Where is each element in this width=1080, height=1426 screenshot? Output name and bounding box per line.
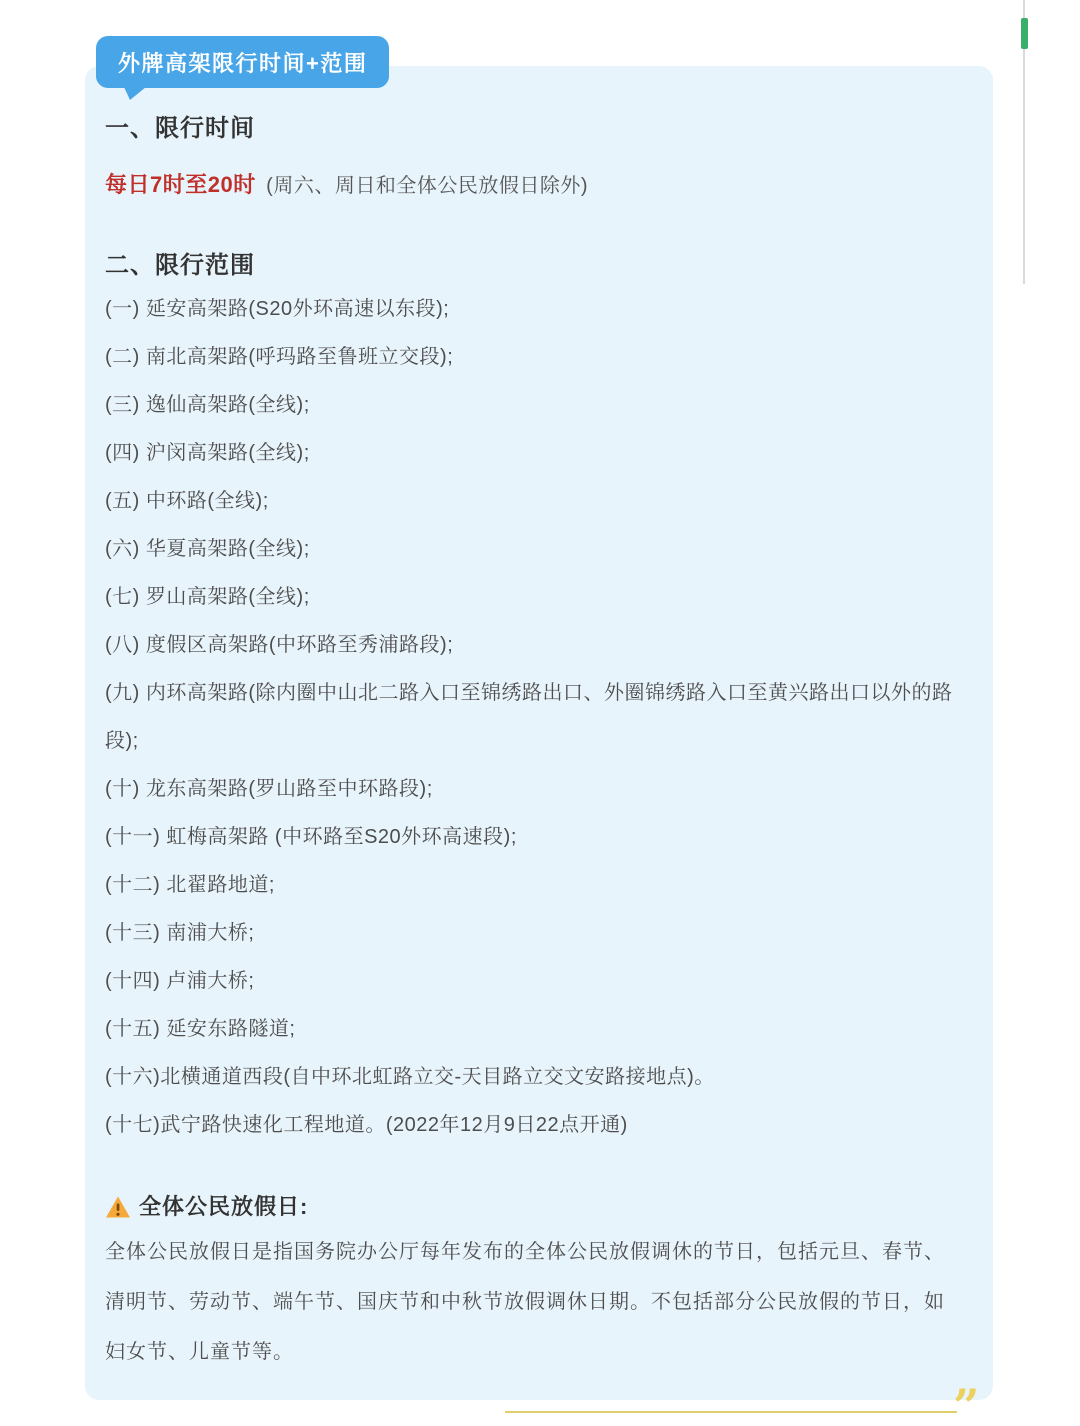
holiday-note-line: 清明节、劳动节、端午节、国庆节和中秋节放假调休日期。不包括部分公民放假的节日，如 [105,1277,973,1327]
list-item: (九) 内环高架路(除内圈中山北二路入口至锦绣路出口、外圈锦绣路入口至黄兴路出口… [105,669,973,765]
list-item: (十一) 虹梅高架路 (中环路至S20外环高速段); [105,813,973,861]
list-item: (十) 龙东高架路(罗山路至中环路段); [105,765,973,813]
list-item: (十四) 卢浦大桥; [105,957,973,1005]
warning-triangle-icon [105,1195,131,1219]
page: 外牌高架限行时间+范围 一、限行时间 每日7时至20时 (周六、周日和全体公民放… [0,0,1080,1426]
time-highlight: 每日7时至20时 [105,172,256,197]
list-item: (十六)北横通道西段(自中环北虹路立交-天目路立交文安路接地点)。 [105,1053,973,1101]
holiday-note-heading: 全体公民放假日: [105,1193,973,1221]
title-badge-label: 外牌高架限行时间+范围 [118,47,367,78]
list-item: (十三) 南浦大桥; [105,909,973,957]
holiday-note-line: 全体公民放假日是指国务院办公厅每年发布的全体公民放假调休的节日，包括元旦、春节、 [105,1227,973,1277]
closing-quote-icon: ” [953,1383,979,1426]
decorative-line [505,1411,957,1413]
title-badge: 外牌高架限行时间+范围 [96,36,389,88]
list-item: (七) 罗山高架路(全线); [105,573,973,621]
list-item: (十七)武宁路快速化工程地道。(2022年12月9日22点开通) [105,1101,973,1149]
list-item: (十五) 延安东路隧道; [105,1005,973,1053]
list-item: (三) 逸仙高架路(全线); [105,381,973,429]
list-item: (四) 沪闵高架路(全线); [105,429,973,477]
content-card: 一、限行时间 每日7时至20时 (周六、周日和全体公民放假日除外) 二、限行范围… [85,66,993,1400]
list-item: (十二) 北翟路地道; [105,861,973,909]
list-item: (六) 华夏高架路(全线); [105,525,973,573]
section-time-heading: 一、限行时间 [105,116,973,142]
list-item: (八) 度假区高架路(中环路至秀浦路段); [105,621,973,669]
list-item: (一) 延安高架路(S20外环高速以东段); [105,285,973,333]
list-item: (五) 中环路(全线); [105,477,973,525]
badge-tail-icon [124,87,146,100]
section-scope-heading: 二、限行范围 [105,253,973,279]
scrollbar-thumb[interactable] [1021,18,1028,49]
holiday-note-title: 全体公民放假日: [139,1193,308,1221]
time-line: 每日7时至20时 (周六、周日和全体公民放假日除外) [105,170,973,203]
list-item: (二) 南北高架路(呼玛路至鲁班立交段); [105,333,973,381]
restriction-list: (一) 延安高架路(S20外环高速以东段); (二) 南北高架路(呼玛路至鲁班立… [105,285,973,1149]
holiday-note-line: 妇女节、儿童节等。 [105,1327,973,1377]
time-note: (周六、周日和全体公民放假日除外) [266,175,588,197]
holiday-note-body: 全体公民放假日是指国务院办公厅每年发布的全体公民放假调休的节日，包括元旦、春节、… [105,1227,973,1377]
